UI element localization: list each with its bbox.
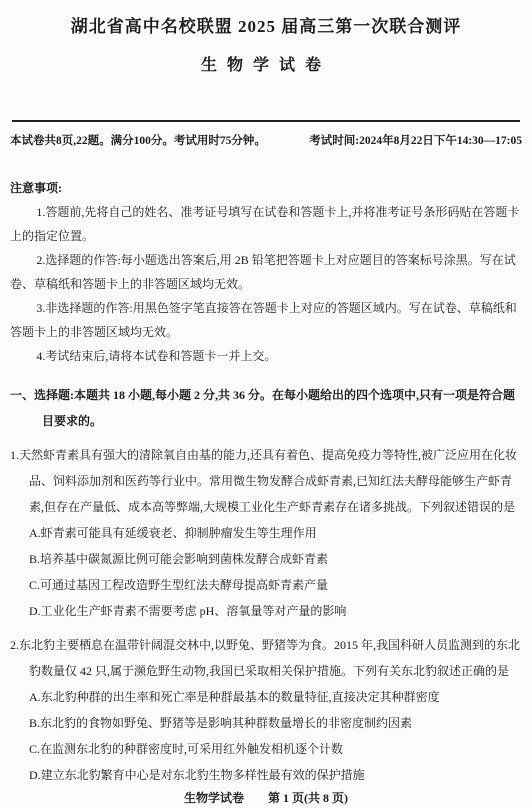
question-1-option-d: D.工业化生产虾青素不需要考虑 pH、溶氧量等对产量的影响 <box>10 598 522 624</box>
exam-paper-page: 湖北省高中名校联盟 2025 届高三第一次联合测评 生物学试卷 本试卷共8页,2… <box>0 0 532 809</box>
page-footer: 生物学试卷第 1 页(共 8 页) <box>10 788 522 809</box>
question-2-option-b: B.东北豹的食物如野兔、野猪等是影响其种群数量增长的非密度制约因素 <box>10 710 522 736</box>
footer-page-number: 第 1 页(共 8 页) <box>268 791 348 805</box>
notice-item-2: 2.选择题的作答:每小题选出答案后,用 2B 铅笔把答题卡上对应题目的答案标号涂… <box>10 248 522 296</box>
notice-item-4: 4.考试结束后,请将本试卷和答题卡一并上交。 <box>10 344 522 368</box>
notices-heading: 注意事项: <box>10 176 522 200</box>
question-2-option-c: C.在监测东北豹的种群密度时,可采用红外触发相机逐个计数 <box>10 736 522 762</box>
section-heading: 一、选择题:本题共 18 小题,每小题 2 分,共 36 分。在每小题给出的四个… <box>10 382 522 434</box>
notices-section: 注意事项: 1.答题前,先将自己的姓名、准考证号填写在试卷和答题卡上,并将准考证… <box>10 176 522 368</box>
notice-item-1: 1.答题前,先将自己的姓名、准考证号填写在试卷和答题卡上,并将准考证号条形码贴在… <box>10 200 522 248</box>
subject-title: 生物学试卷 <box>10 54 522 78</box>
exam-info-time: 考试时间:2024年8月22日下午14:30—17:05 <box>309 133 522 150</box>
exam-info-row: 本试卷共8页,22题。满分100分。考试用时75分钟。 考试时间:2024年8月… <box>10 133 522 150</box>
question-2: 2.东北豹主要栖息在温带针阔混交林中,以野兔、野猪等为食。2015 年,我国科研… <box>10 632 522 788</box>
header-rule <box>12 120 520 122</box>
question-1: 1.天然虾青素具有强大的清除氧自由基的能力,还具有着色、提高免疫力等特性,被广泛… <box>10 442 522 624</box>
question-1-stem: 1.天然虾青素具有强大的清除氧自由基的能力,还具有着色、提高免疫力等特性,被广泛… <box>10 442 522 520</box>
question-2-stem: 2.东北豹主要栖息在温带针阔混交林中,以野兔、野猪等为食。2015 年,我国科研… <box>10 632 522 684</box>
footer-paper-name: 生物学试卷 <box>184 791 244 805</box>
question-1-option-b: B.培养基中碳氮源比例可能会影响到菌株发酵合成虾青素 <box>10 546 522 572</box>
question-1-option-a: A.虾青素可能具有延缓衰老、抑制肿瘤发生等生理作用 <box>10 520 522 546</box>
exam-info-summary: 本试卷共8页,22题。满分100分。考试用时75分钟。 <box>10 133 266 150</box>
notice-item-3: 3.非选择题的作答:用黑色签字笔直接答在答题卡上对应的答题区域内。写在试卷、草稿… <box>10 296 522 344</box>
question-2-option-d: D.建立东北豹繁育中心是对东北豹生物多样性最有效的保护措施 <box>10 762 522 788</box>
question-2-option-a: A.东北豹种群的出生率和死亡率是种群最基本的数量特征,直接决定其种群密度 <box>10 684 522 710</box>
question-1-option-c: C.可通过基因工程改造野生型红法夫酵母提高虾青素产量 <box>10 572 522 598</box>
paper-title: 湖北省高中名校联盟 2025 届高三第一次联合测评 <box>10 14 522 40</box>
